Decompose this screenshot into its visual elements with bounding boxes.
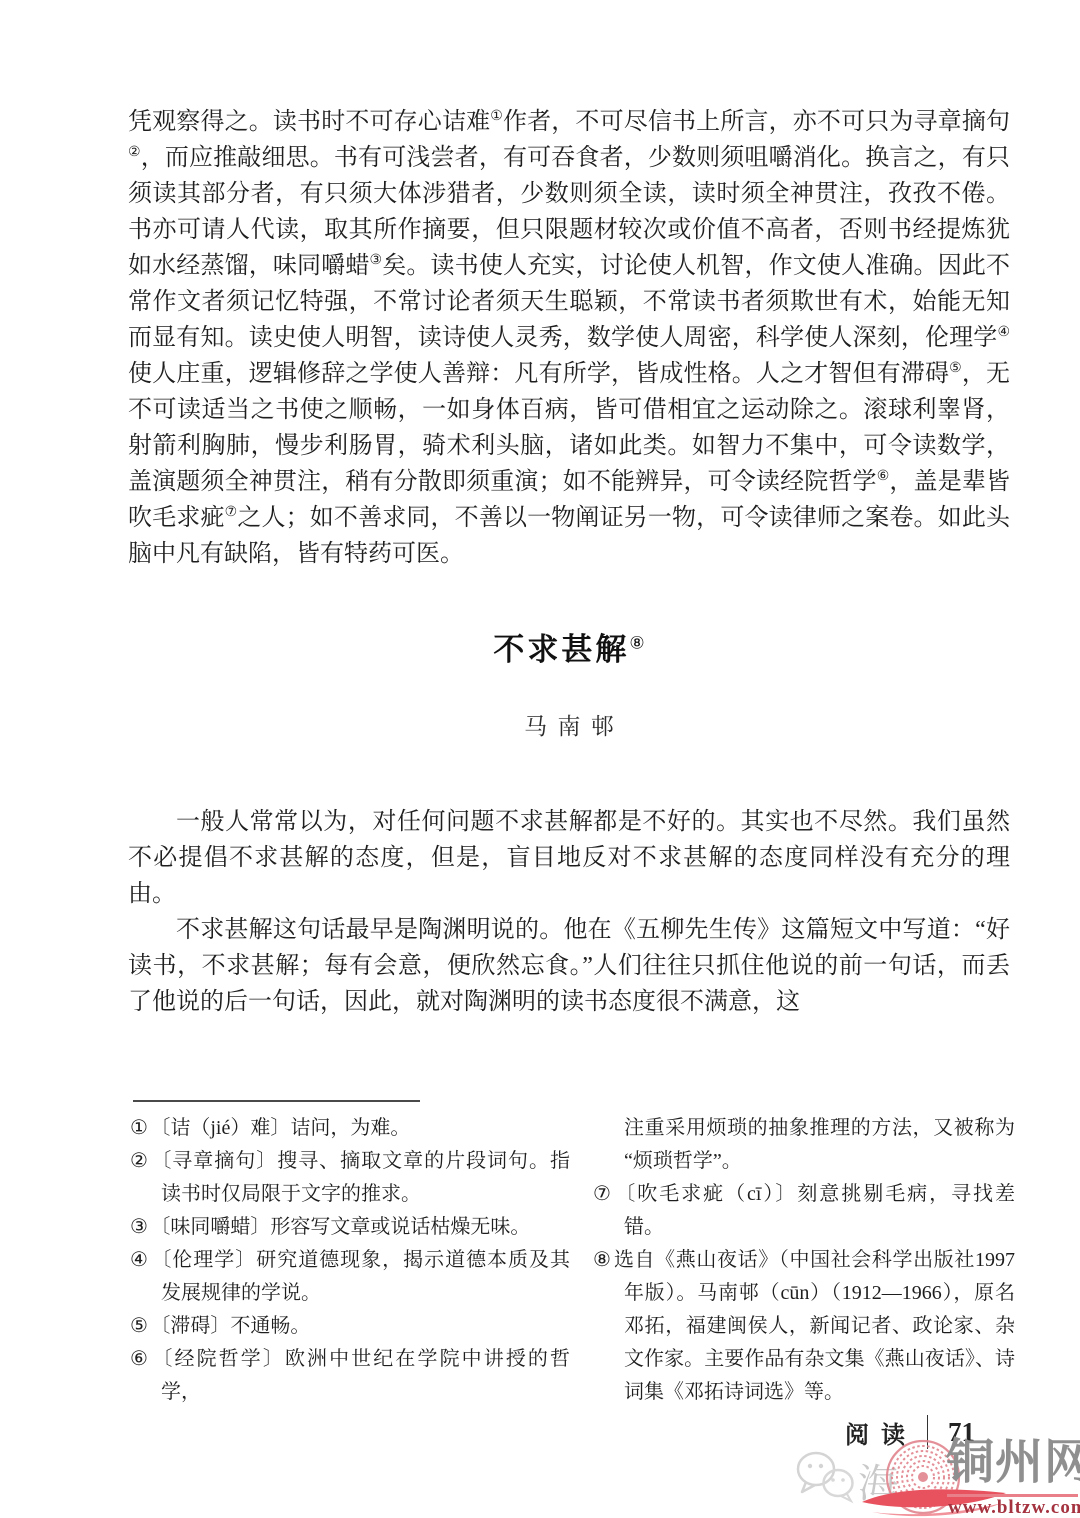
footnote-ref: ④	[997, 325, 1010, 340]
footnote-ref: ⑦	[225, 505, 238, 520]
footnote-marker: ⑤	[130, 1315, 148, 1337]
footnote-item: ⑧选自《燕山夜话》（中国社会科学出版社1997年版）。马南邨（cūn）（1912…	[593, 1244, 1015, 1409]
footnote-item: ⑦〔吹毛求疵（cī）〕刻意挑剔毛病，寻找差错。	[593, 1178, 1015, 1244]
footnote-text: 〔伦理学〕研究道德现象，揭示道德本质及其发展规律的学说。	[151, 1249, 570, 1304]
article-title-text: 不求甚解	[493, 632, 629, 667]
paragraph-1: 一般人常常以为，对任何问题不求甚解都是不好的。其实也不尽然。我们虽然不必提倡不求…	[128, 804, 1010, 912]
footnote-ref-8: ⑧	[629, 634, 644, 653]
footnote-item: ④〔伦理学〕研究道德现象，揭示道德本质及其发展规律的学说。	[130, 1244, 570, 1310]
article-author: 马南邨	[128, 710, 1010, 744]
footnote-text: 〔经院哲学〕欧洲中世纪在学院中讲授的哲学，	[152, 1348, 570, 1403]
footnote-marker: ①	[130, 1117, 148, 1139]
footnotes-left-column: ①〔诘（jié）难〕诘问，为难。②〔寻章摘句〕搜寻、摘取文章的片段词句。指读书时…	[130, 1112, 570, 1409]
footnote-text: 〔诘（jié）难〕诘问，为难。	[150, 1117, 410, 1139]
footer-divider-line	[927, 1415, 928, 1449]
footnote-divider	[133, 1100, 420, 1102]
passage-text: 使人庄重，逻辑修辞之学使人善辩：凡有所学，皆成性格。人之才智但有滞碍	[128, 361, 949, 387]
wechat-icon	[793, 1446, 857, 1504]
watermark-gray-text: 海	[858, 1452, 898, 1509]
page-number: 71	[948, 1417, 975, 1448]
footnote-marker: ⑥	[130, 1348, 150, 1370]
passage-text: 凭观察得之。读书时不可存心诘难	[128, 109, 490, 135]
passage-text: 作者，不可尽信书上所言，亦不可只为寻章摘句	[503, 109, 1010, 135]
footnote-text: 〔滞碍〕不通畅。	[150, 1315, 310, 1337]
footnote-text: 注重采用烦琐的抽象推理的方法，又被称为“烦琐哲学”。	[624, 1117, 1015, 1172]
footnote-marker: ③	[130, 1216, 148, 1238]
page-footer: 阅读 71	[845, 1412, 975, 1452]
footnote-marker: ④	[130, 1249, 149, 1271]
watermark-url: www.bltzw.com	[948, 1497, 1080, 1518]
footnote-text: 〔寻章摘句〕搜寻、摘取文章的片段词句。指读书时仅局限于文字的推求。	[151, 1150, 570, 1205]
footnote-text: 〔味同嚼蜡〕形容写文章或说话枯燥无味。	[150, 1216, 530, 1238]
passage-of-studies: 凭观察得之。读书时不可存心诘难①作者，不可尽信书上所言，亦不可只为寻章摘句②，而…	[128, 104, 1010, 572]
main-content: 凭观察得之。读书时不可存心诘难①作者，不可尽信书上所言，亦不可只为寻章摘句②，而…	[128, 104, 1010, 1020]
wave-icon	[860, 1486, 1008, 1518]
footnote-ref: ①	[490, 109, 503, 124]
footnote-marker: ⑦	[593, 1183, 613, 1205]
footnote-ref: ⑤	[949, 361, 962, 376]
footnote-item: ②〔寻章摘句〕搜寻、摘取文章的片段词句。指读书时仅局限于文字的推求。	[130, 1145, 570, 1211]
footnote-ref: ⑥	[877, 469, 890, 484]
footnote-text: 选自《燕山夜话》（中国社会科学出版社1997年版）。马南邨（cūn）（1912—…	[614, 1249, 1015, 1403]
footnote-ref: ②	[128, 145, 141, 160]
footnote-ref: ③	[370, 253, 383, 268]
paragraph-2: 不求甚解这句话最早是陶渊明说的。他在《五柳先生传》这篇短文中写道：“好读书，不求…	[128, 912, 1010, 1020]
footnote-marker: ⑧	[593, 1249, 612, 1271]
textbook-page: 凭观察得之。读书时不可存心诘难①作者，不可尽信书上所言，亦不可只为寻章摘句②，而…	[0, 0, 1080, 1518]
footnote-item: ③〔味同嚼蜡〕形容写文章或说话枯燥无味。	[130, 1211, 570, 1244]
footnote-text: 〔吹毛求疵（cī）〕刻意挑剔毛病，寻找差错。	[615, 1183, 1015, 1238]
footnote-item: ⑤〔滞碍〕不通畅。	[130, 1310, 570, 1343]
footnotes-right-column: 注重采用烦琐的抽象推理的方法，又被称为“烦琐哲学”。⑦〔吹毛求疵（cī）〕刻意挑…	[593, 1112, 1015, 1409]
passage-text: 之人；如不善求同，不善以一物阐证另一物，可令读律师之案卷。如此头脑中凡有缺陷，皆…	[128, 505, 1010, 567]
footnote-marker: ②	[130, 1150, 149, 1172]
article-title: 不求甚解⑧	[128, 630, 1010, 670]
section-label: 阅读	[845, 1415, 917, 1450]
footnote-item: ①〔诘（jié）难〕诘问，为难。	[130, 1112, 570, 1145]
footnote-item: ⑥〔经院哲学〕欧洲中世纪在学院中讲授的哲学，	[130, 1343, 570, 1409]
footnote-item: 注重采用烦琐的抽象推理的方法，又被称为“烦琐哲学”。	[593, 1112, 1015, 1178]
watermark-underline	[947, 1494, 1078, 1497]
